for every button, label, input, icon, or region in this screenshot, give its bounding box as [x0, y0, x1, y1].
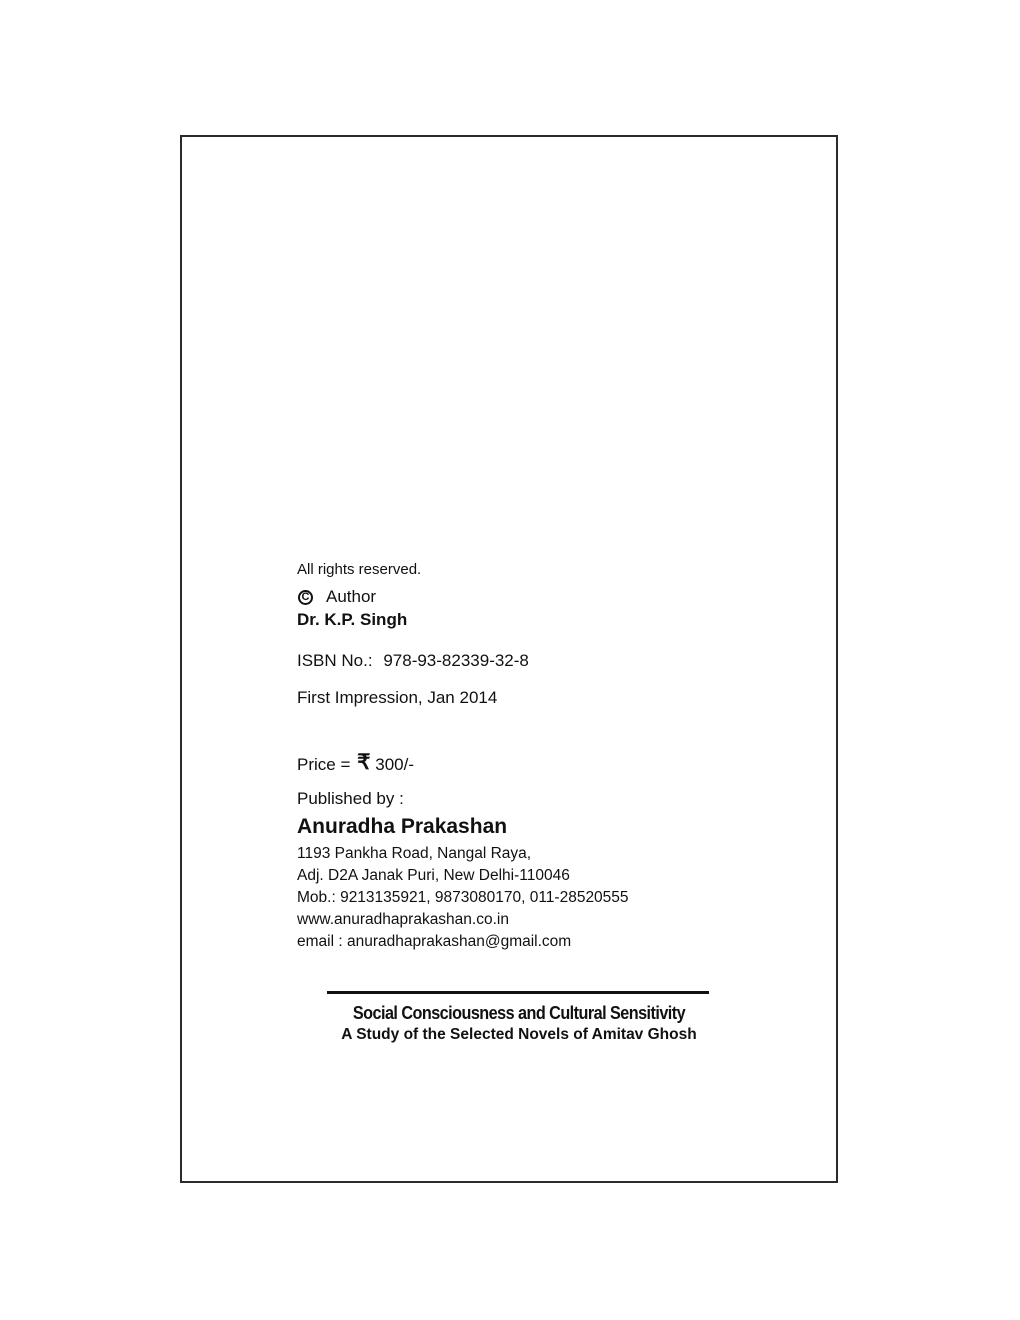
publisher-name: Anuradha Prakashan	[297, 815, 507, 839]
title-divider	[327, 991, 709, 994]
website-line: www.anuradhaprakashan.co.in	[297, 911, 509, 929]
isbn-value: 978-93-82339-32-8	[383, 651, 529, 670]
rupee-icon: ₹	[357, 751, 370, 774]
copyright-label: Author	[326, 587, 376, 607]
impression-line: First Impression, Jan 2014	[297, 688, 497, 708]
address-line: 1193 Pankha Road, Nangal Raya,	[297, 845, 531, 863]
price-amount: 300/-	[375, 755, 414, 774]
address-line: Adj. D2A Janak Puri, New Delhi-110046	[297, 867, 570, 885]
author-name: Dr. K.P. Singh	[297, 610, 407, 630]
isbn-line: ISBN No.: 978-93-82339-32-8	[297, 651, 529, 671]
copyright-icon: C	[298, 590, 313, 605]
price-line: Price = ₹ 300/-	[297, 750, 414, 775]
book-title: Social Consciousness and Cultural Sensit…	[345, 1003, 692, 1024]
copyright-line: C Author	[297, 587, 376, 607]
price-label: Price =	[297, 755, 350, 774]
phone-line: Mob.: 9213135921, 9873080170, 011-285205…	[297, 889, 629, 907]
email-line: email : anuradhaprakashan@gmail.com	[297, 933, 571, 951]
isbn-label: ISBN No.:	[297, 651, 373, 670]
published-by-label: Published by :	[297, 789, 404, 809]
book-subtitle: A Study of the Selected Novels of Amitav…	[326, 1026, 712, 1044]
rights-reserved: All rights reserved.	[297, 561, 421, 578]
